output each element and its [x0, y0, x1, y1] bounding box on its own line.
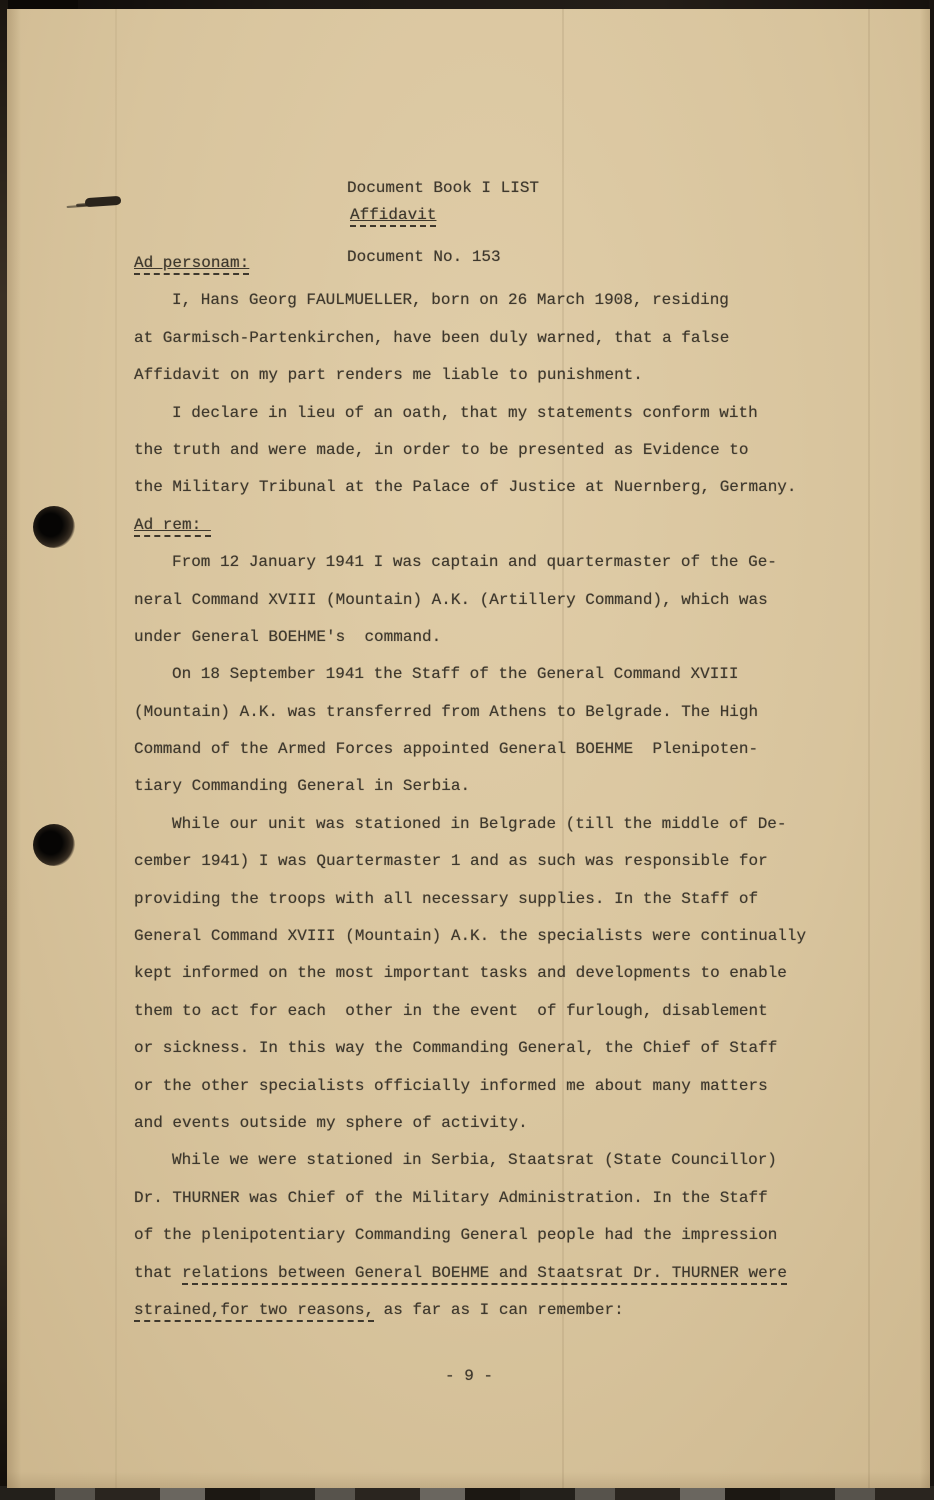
text-segment: under General BOEHME's command. [134, 628, 441, 646]
underlined-text: relations between General BOEHME and Sta… [182, 1264, 787, 1285]
document-line: that relations between General BOEHME an… [134, 1264, 834, 1301]
text-segment: Command of the Armed Forces appointed Ge… [134, 740, 758, 758]
text-segment: at Garmisch-Partenkirchen, have been dul… [134, 329, 729, 347]
document-line: While we were stationed in Serbia, Staat… [134, 1151, 834, 1188]
document-line: neral Command XVIII (Mountain) A.K. (Art… [134, 591, 834, 628]
scanned-document-photo: { "colors": { "paper": "#d8c49d", "paper… [0, 0, 934, 1500]
document-line: Command of the Armed Forces appointed Ge… [134, 740, 834, 777]
document-line: Ad personam: [134, 254, 834, 291]
document-title: Affidavit [350, 206, 436, 224]
document-page: Document Book I LIST Document No. 153 Af… [7, 9, 930, 1488]
page-stack-edge [0, 1486, 934, 1500]
text-segment: neral Command XVIII (Mountain) A.K. (Art… [134, 591, 768, 609]
document-line: (Mountain) A.K. was transferred from Ath… [134, 703, 834, 740]
text-segment: them to act for each other in the event … [134, 1002, 768, 1020]
document-line: While our unit was stationed in Belgrade… [134, 815, 834, 852]
document-line: tiary Commanding General in Serbia. [134, 777, 834, 814]
text-segment: While we were stationed in Serbia, Staat… [172, 1151, 777, 1169]
text-segment: providing the troops with all necessary … [134, 890, 758, 908]
underlined-text: Ad personam: [134, 254, 249, 275]
page-number: - 9 - [445, 1367, 493, 1385]
document-line: General Command XVIII (Mountain) A.K. th… [134, 927, 834, 964]
document-line: I, Hans Georg FAULMUELLER, born on 26 Ma… [134, 291, 834, 328]
text-segment: tiary Commanding General in Serbia. [134, 777, 470, 795]
document-line: From 12 January 1941 I was captain and q… [134, 553, 834, 590]
punch-hole [33, 506, 75, 548]
document-line: the truth and were made, in order to be … [134, 441, 834, 478]
document-line: I declare in lieu of an oath, that my st… [134, 404, 834, 441]
text-segment: or the other specialists officially info… [134, 1077, 768, 1095]
text-segment: of the plenipotentiary Commanding Genera… [134, 1226, 777, 1244]
text-segment: I declare in lieu of an oath, that my st… [172, 404, 758, 422]
document-line: under General BOEHME's command. [134, 628, 834, 665]
text-segment: Affidavit on my part renders me liable t… [134, 366, 643, 384]
text-segment: that [134, 1264, 182, 1282]
underlined-text: strained,for two reasons, [134, 1301, 374, 1322]
document-line: Affidavit on my part renders me liable t… [134, 366, 834, 403]
text-segment: cember 1941) I was Quartermaster 1 and a… [134, 852, 768, 870]
text-segment: Dr. THURNER was Chief of the Military Ad… [134, 1189, 768, 1207]
document-line: Ad rem: [134, 516, 834, 553]
document-line: strained,for two reasons, as far as I ca… [134, 1301, 834, 1338]
text-segment: or sickness. In this way the Commanding … [134, 1039, 777, 1057]
punch-hole [33, 824, 75, 866]
document-line: at Garmisch-Partenkirchen, have been dul… [134, 329, 834, 366]
text-segment: General Command XVIII (Mountain) A.K. th… [134, 927, 806, 945]
text-segment: the Military Tribunal at the Palace of J… [134, 478, 797, 496]
document-line: and events outside my sphere of activity… [134, 1114, 834, 1151]
document-line: cember 1941) I was Quartermaster 1 and a… [134, 852, 834, 889]
document-line: or sickness. In this way the Commanding … [134, 1039, 834, 1076]
document-book-line: Document Book I LIST [347, 177, 539, 200]
document-body: Ad personam:I, Hans Georg FAULMUELLER, b… [134, 254, 834, 1338]
text-segment: (Mountain) A.K. was transferred from Ath… [134, 703, 758, 721]
text-segment: From 12 January 1941 I was captain and q… [172, 553, 777, 571]
document-line: Dr. THURNER was Chief of the Military Ad… [134, 1189, 834, 1226]
document-line: the Military Tribunal at the Palace of J… [134, 478, 834, 515]
text-segment: and events outside my sphere of activity… [134, 1114, 528, 1132]
underlined-text: Ad rem: [134, 516, 211, 537]
paper-crease [868, 9, 870, 1488]
text-segment: kept informed on the most important task… [134, 964, 787, 982]
paper-crease [115, 9, 117, 1488]
document-line: of the plenipotentiary Commanding Genera… [134, 1226, 834, 1263]
text-segment: as far as I can remember: [374, 1301, 624, 1319]
document-line: On 18 September 1941 the Staff of the Ge… [134, 665, 834, 702]
document-line: them to act for each other in the event … [134, 1002, 834, 1039]
text-segment: While our unit was stationed in Belgrade… [172, 815, 787, 833]
text-segment: On 18 September 1941 the Staff of the Ge… [172, 665, 739, 683]
document-line: providing the troops with all necessary … [134, 890, 834, 927]
text-segment: the truth and were made, in order to be … [134, 441, 749, 459]
document-line: or the other specialists officially info… [134, 1077, 834, 1114]
document-line: kept informed on the most important task… [134, 964, 834, 1001]
text-segment: I, Hans Georg FAULMUELLER, born on 26 Ma… [172, 291, 729, 309]
